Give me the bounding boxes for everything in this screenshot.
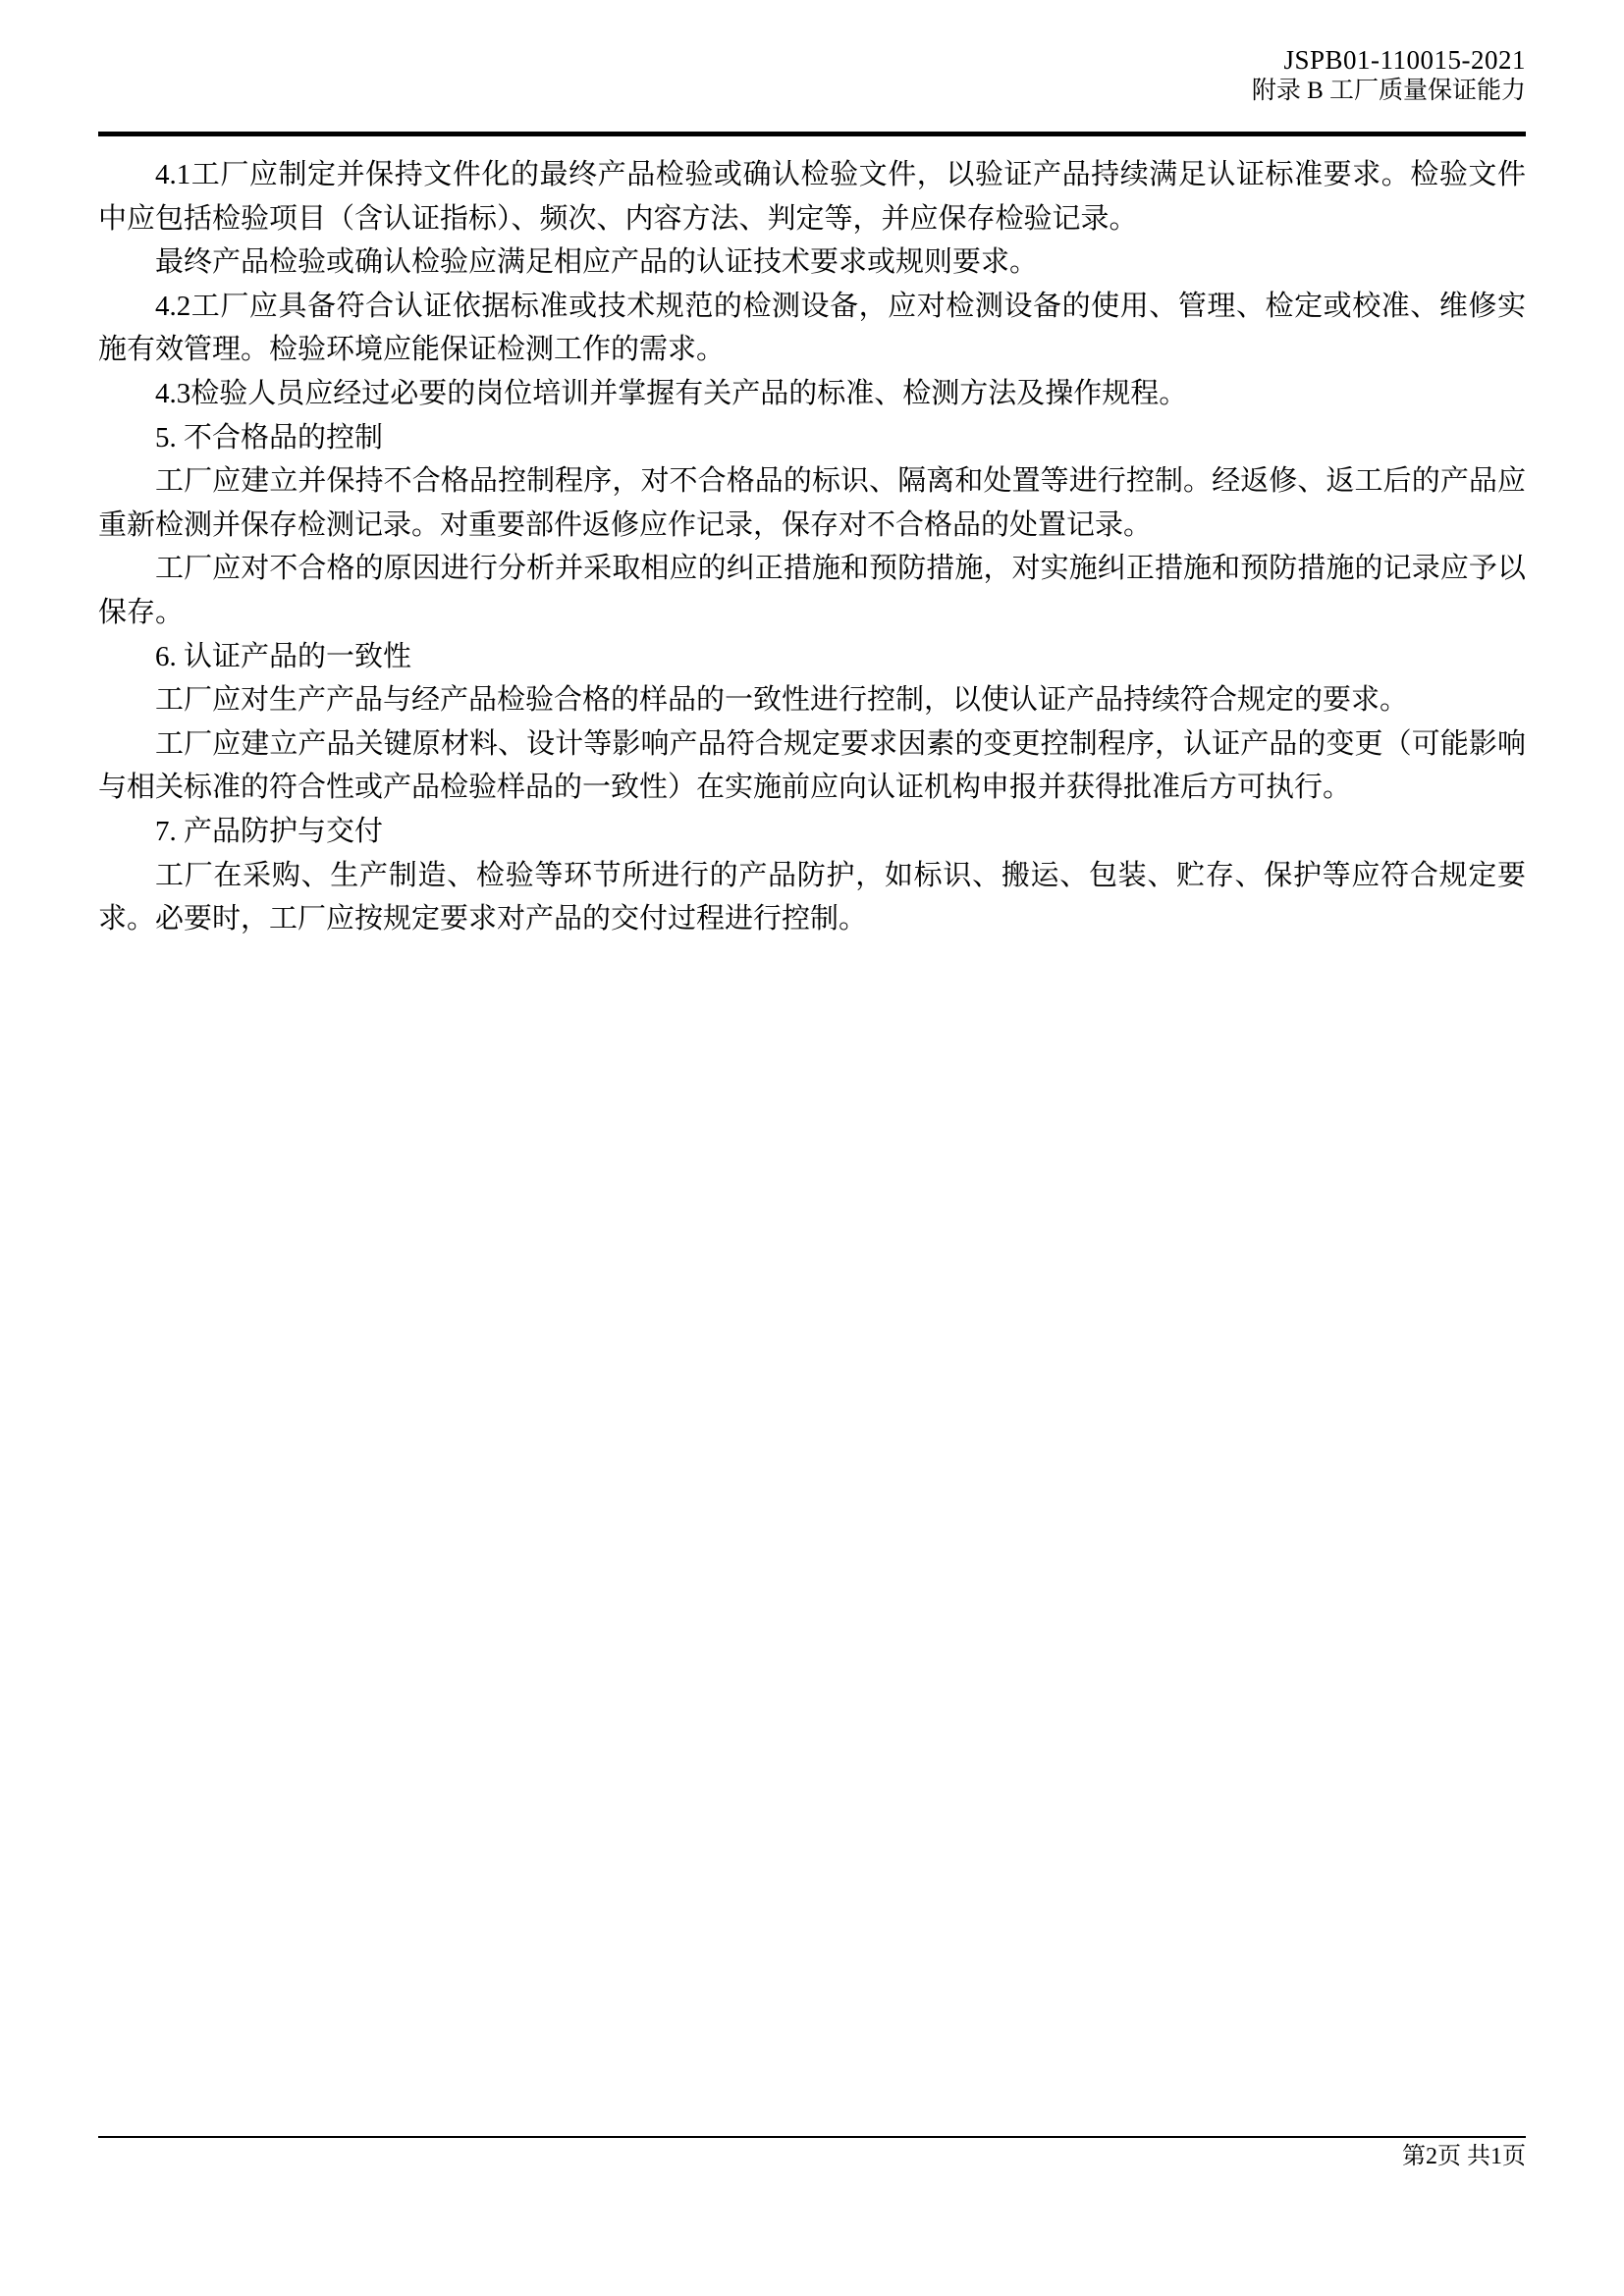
paragraph-final-inspection: 最终产品检验或确认检验应满足相应产品的认证技术要求或规则要求。 xyxy=(98,240,1526,285)
paragraph-change-control: 工厂应建立产品关键原材料、设计等影响产品符合规定要求因素的变更控制程序，认证产品… xyxy=(98,722,1526,810)
header-rule xyxy=(98,132,1526,136)
paragraph-4-2: 4.2工厂应具备符合认证依据标准或技术规范的检测设备，应对检测设备的使用、管理、… xyxy=(98,285,1526,372)
paragraph-4-3: 4.3检验人员应经过必要的岗位培训并掌握有关产品的标准、检测方法及操作规程。 xyxy=(98,372,1526,416)
header-doc-number: JSPB01-110015-2021 xyxy=(98,45,1526,76)
paragraph-4-1: 4.1工厂应制定并保持文件化的最终产品检验或确认检验文件，以验证产品持续满足认证… xyxy=(98,153,1526,240)
paragraph-corrective-actions: 工厂应对不合格的原因进行分析并采取相应的纠正措施和预防措施，对实施纠正措施和预防… xyxy=(98,547,1526,634)
section-heading-7: 7. 产品防护与交付 xyxy=(98,810,1526,854)
footer-page-number: 第2页 共1页 xyxy=(98,2141,1526,2172)
paragraph-nonconforming-control: 工厂应建立并保持不合格品控制程序，对不合格品的标识、隔离和处置等进行控制。经返修… xyxy=(98,459,1526,547)
section-heading-6: 6. 认证产品的一致性 xyxy=(98,635,1526,679)
footer-rule xyxy=(98,2136,1526,2138)
page-footer: 第2页 共1页 xyxy=(98,2136,1526,2172)
paragraph-product-protection: 工厂在采购、生产制造、检验等环节所进行的产品防护，如标识、搬运、包装、贮存、保护… xyxy=(98,854,1526,941)
page-header: JSPB01-110015-2021 附录 B 工厂质量保证能力 xyxy=(0,0,1624,106)
header-appendix-title: 附录 B 工厂质量保证能力 xyxy=(98,76,1526,106)
paragraph-consistency-control: 工厂应对生产产品与经产品检验合格的样品的一致性进行控制，以使认证产品持续符合规定… xyxy=(98,678,1526,722)
section-heading-5: 5. 不合格品的控制 xyxy=(98,416,1526,460)
document-page: JSPB01-110015-2021 附录 B 工厂质量保证能力 4.1工厂应制… xyxy=(0,0,1624,2296)
document-body: 4.1工厂应制定并保持文件化的最终产品检验或确认检验文件，以验证产品持续满足认证… xyxy=(98,153,1526,941)
